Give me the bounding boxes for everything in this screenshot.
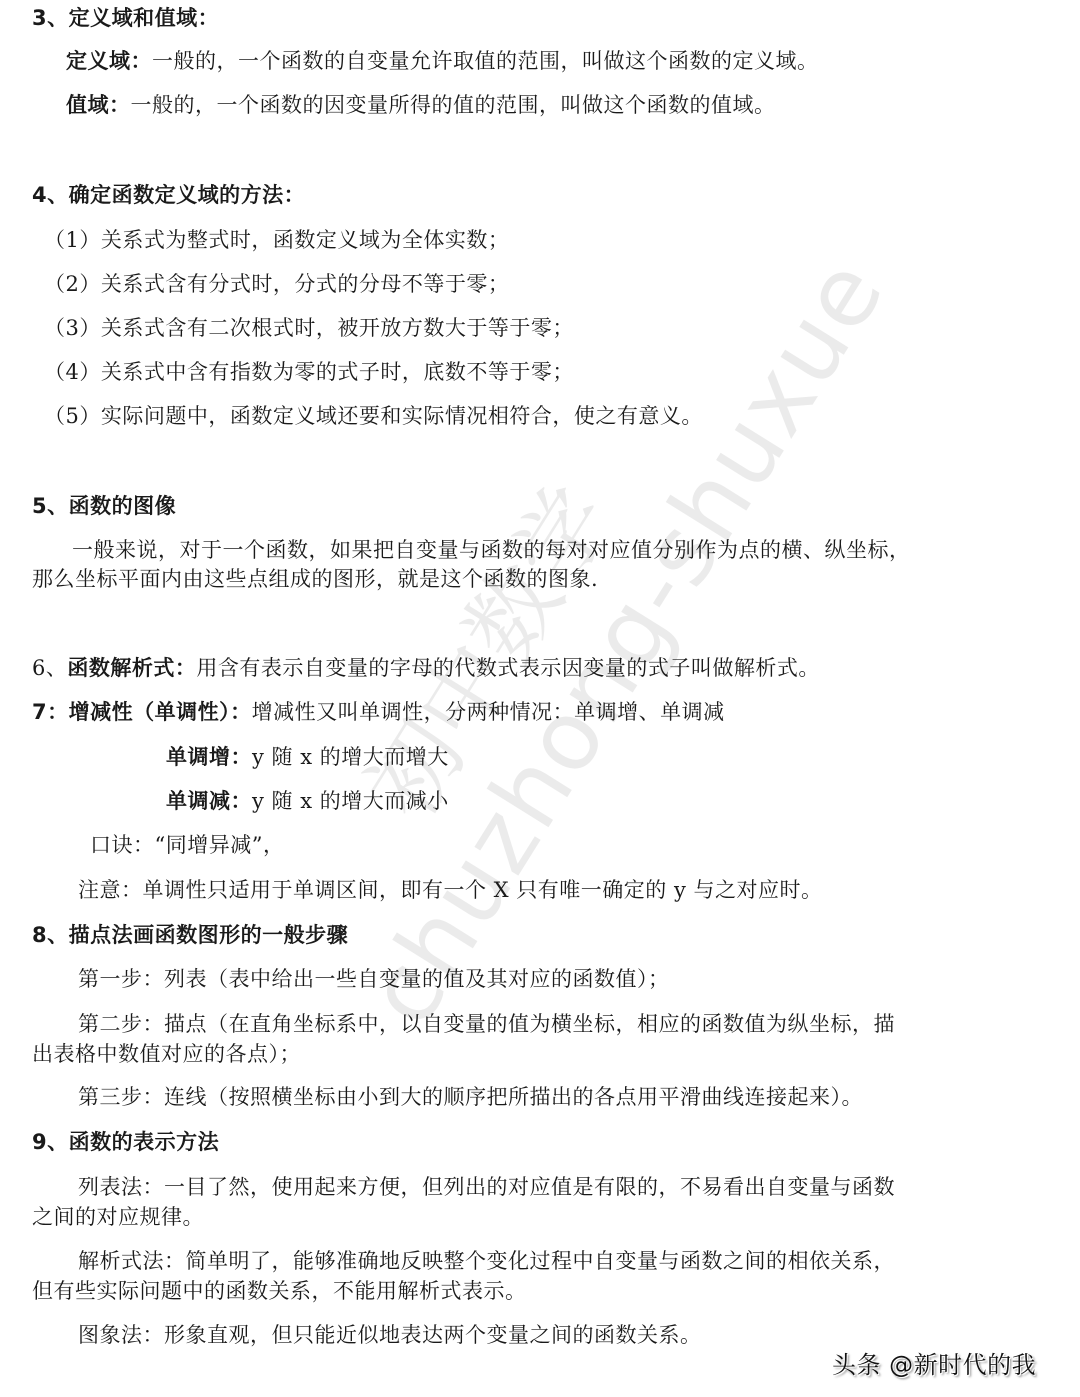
section-5-title: 5、函数的图像 — [32, 492, 176, 520]
rule-item-5: （5）实际问题中，函数定义域还要和实际情况相符合，使之有意义。 — [44, 402, 703, 430]
section-5-paragraph-line-2: 那么坐标平面内由这些点组成的图形，就是这个函数的图象. — [32, 565, 598, 593]
section-9-title: 9、函数的表示方法 — [32, 1128, 219, 1156]
rule-item-4: （4）关系式中含有指数为零的式子时，底数不等于零； — [44, 358, 574, 386]
table-method-line-2: 之间的对应规律。 — [32, 1203, 204, 1231]
step-2-line-1: 第二步：描点（在直角坐标系中，以自变量的值为横坐标，相应的函数值为纵坐标，描 — [78, 1010, 895, 1038]
range-text: 一般的，一个函数的因变量所得的值的范围，叫做这个函数的值域。 — [131, 93, 776, 117]
watermark-chinese: 初中数学 — [330, 458, 637, 840]
increase-text: y 随 x 的增大而增大 — [252, 745, 449, 769]
section-7-heading: 7：增减性（单调性）：增减性又叫单调性，分两种情况：单调增、单调减 — [32, 698, 725, 726]
section-6: 6、函数解析式：用含有表示自变量的字母的代数式表示因变量的式子叫做解析式。 — [32, 654, 820, 682]
source-attribution: 头条 @新时代的我 — [832, 1345, 1036, 1380]
domain-text: 一般的，一个函数的自变量允许取值的范围，叫做这个函数的定义域。 — [152, 49, 819, 73]
section-6-number: 6、 — [32, 656, 67, 680]
domain-label: 定义域： — [66, 49, 152, 73]
step-2-line-2: 出表格中数值对应的各点）； — [32, 1040, 301, 1068]
section-7-label: 7：增减性（单调性）： — [32, 700, 252, 724]
section-8-title: 8、描点法画函数图形的一般步骤 — [32, 921, 348, 949]
decrease-text: y 随 x 的增大而减小 — [252, 789, 449, 813]
range-definition: 值域：一般的，一个函数的因变量所得的值的范围，叫做这个函数的值域。 — [66, 91, 776, 119]
step-1: 第一步：列表（表中给出一些自变量的值及其对应的函数值）； — [78, 965, 670, 993]
increase-label: 单调增： — [166, 745, 252, 769]
step-3: 第三步：连线（按照横坐标由小到大的顺序把所描出的各点用平滑曲线连接起来）。 — [78, 1083, 863, 1111]
graph-method: 图象法：形象直观，但只能近似地表达两个变量之间的函数关系。 — [78, 1321, 702, 1349]
formula-method-line-1: 解析式法：简单明了，能够准确地反映整个变化过程中自变量与函数之间的相依关系， — [78, 1247, 895, 1275]
section-6-label: 函数解析式： — [67, 656, 196, 680]
domain-definition: 定义域：一般的，一个函数的自变量允许取值的范围，叫做这个函数的定义域。 — [66, 47, 819, 75]
section-3-title: 3、定义域和值域： — [32, 4, 219, 32]
section-7-text: 增减性又叫单调性，分两种情况：单调增、单调减 — [252, 700, 725, 724]
monotonic-note: 注意：单调性只适用于单调区间，即有一个 X 只有唯一确定的 y 与之对应时。 — [78, 876, 823, 904]
document-page: 初中数学 chuzhong-shuxue 3、定义域和值域： 定义域：一般的，一… — [0, 0, 1080, 1397]
section-4-title: 4、确定函数定义域的方法： — [32, 181, 305, 209]
table-method-line-1: 列表法：一目了然，使用起来方便，但列出的对应值是有限的，不易看出自变量与函数 — [78, 1173, 895, 1201]
monotonic-increase: 单调增：y 随 x 的增大而增大 — [166, 743, 449, 771]
decrease-label: 单调减： — [166, 789, 252, 813]
range-label: 值域： — [66, 93, 131, 117]
monotonic-decrease: 单调减：y 随 x 的增大而减小 — [166, 787, 449, 815]
rule-item-3: （3）关系式含有二次根式时，被开放方数大于等于零； — [44, 314, 574, 342]
rule-item-2: （2）关系式含有分式时，分式的分母不等于零； — [44, 270, 509, 298]
formula-method-line-2: 但有些实际问题中的函数关系，不能用解析式表示。 — [32, 1277, 527, 1305]
rule-item-1: （1）关系式为整式时，函数定义域为全体实数； — [44, 226, 509, 254]
section-5-paragraph-line-1: 一般来说，对于一个函数，如果把自变量与函数的每对对应值分别作为点的横、纵坐标， — [72, 536, 911, 564]
section-6-text: 用含有表示自变量的字母的代数式表示因变量的式子叫做解析式。 — [196, 656, 820, 680]
mnemonic: 口诀：“同增异减”， — [90, 831, 284, 859]
